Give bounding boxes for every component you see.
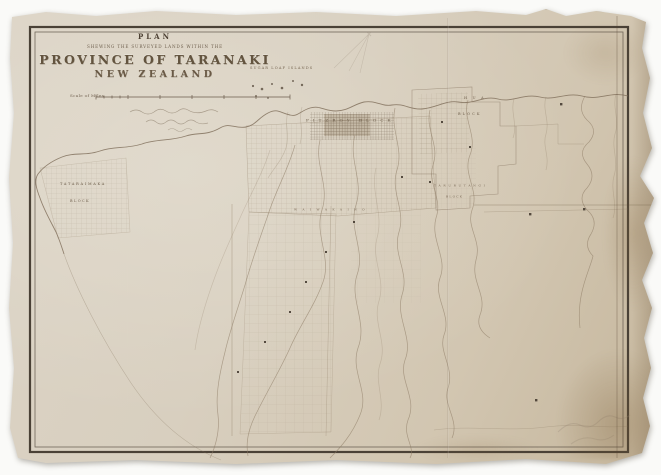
map-title-main: PROVINCE OF TARANAKI xyxy=(34,52,276,67)
map-sheet-shadow: PLAN SHEWING THE SURVEYED LANDS WITHIN T… xyxy=(0,0,661,475)
label-waiwakaiho: WAIWAKAIHO xyxy=(294,208,370,212)
pencil-construction-lines xyxy=(334,32,371,73)
islands xyxy=(252,80,303,99)
label-tataraimaka: TATARAIMAKA xyxy=(60,182,106,186)
label-sugar-loaf-islands: SUGAR LOAF ISLANDS xyxy=(250,66,313,70)
photo-canvas: PLAN SHEWING THE SURVEYED LANDS WITHIN T… xyxy=(0,0,661,475)
label-tarurutangi: TARURUTANGI xyxy=(434,184,487,188)
label-hua-block: BLOCK xyxy=(458,112,482,116)
label-fitzroy-block: FITZROY BLOCK xyxy=(306,118,395,123)
pencil-scribbles xyxy=(535,8,630,444)
map-title-region: NEW ZEALAND xyxy=(34,69,276,80)
map-title-heading: PLAN xyxy=(34,32,276,41)
label-tarurutangi-block: BLOCK xyxy=(446,195,463,199)
label-hua: HUA xyxy=(464,96,489,100)
label-tataraimaka-block: BLOCK xyxy=(70,199,90,203)
map-title-subtitle: SHEWING THE SURVEYED LANDS WITHIN THE xyxy=(34,44,276,49)
scale-label: Scale of Miles xyxy=(70,93,104,98)
survey-grids xyxy=(40,92,476,436)
map-sheet: PLAN SHEWING THE SURVEYED LANDS WITHIN T… xyxy=(6,8,654,466)
signature-handwriting xyxy=(130,109,218,132)
title-block: PLAN SHEWING THE SURVEYED LANDS WITHIN T… xyxy=(34,32,276,80)
scale-bar xyxy=(96,95,290,100)
